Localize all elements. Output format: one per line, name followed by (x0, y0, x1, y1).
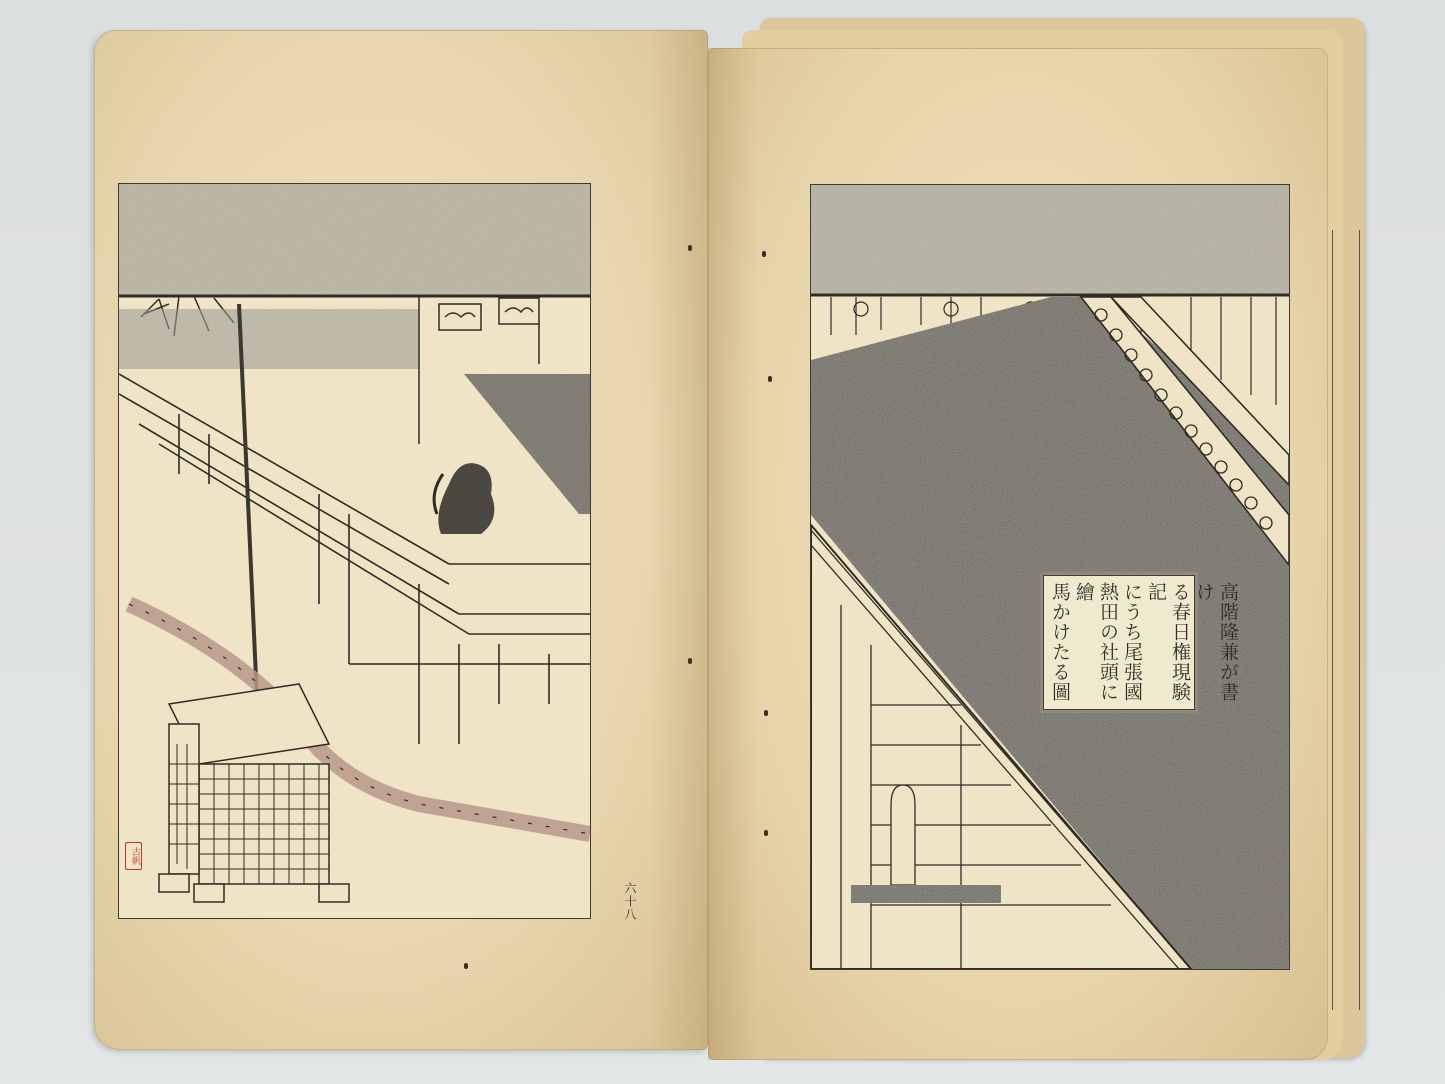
underpage-frame-lines (1332, 230, 1360, 1010)
binding-hole (464, 963, 468, 969)
open-book: 古帆 六十八 …のまうけにかし… (0, 0, 1445, 1084)
binding-hole (688, 245, 692, 251)
caption-line-3: にうち尾張國 (1120, 582, 1144, 703)
binding-hole (688, 658, 692, 664)
binding-hole (764, 830, 768, 836)
left-page: 古帆 六十八 (94, 30, 708, 1050)
left-illustration-frame (118, 183, 591, 919)
right-illustration-frame: 高階隆兼が書け る春日権現験記 にうち尾張國 熱田の社頭に繪 馬かけたる圖 (810, 184, 1290, 970)
binding-hole (764, 710, 768, 716)
page-number: 六十八 (622, 882, 639, 921)
caption-line-5: 馬かけたる圖 (1048, 582, 1072, 703)
caption-line-1: 高階隆兼が書け (1192, 582, 1240, 703)
right-page: 高階隆兼が書け る春日権現験記 にうち尾張國 熱田の社頭に繪 馬かけたる圖 (708, 48, 1328, 1060)
lattice-enclosure (159, 684, 349, 902)
kneeling-figure (434, 463, 494, 534)
binding-hole (768, 376, 772, 382)
left-illustration (119, 184, 590, 918)
artist-seal: 古帆 (125, 842, 142, 870)
caption-line-4: 熱田の社頭に繪 (1072, 582, 1120, 703)
caption-line-2: る春日権現験記 (1144, 582, 1192, 703)
binding-hole (762, 251, 766, 257)
caption-box: 高階隆兼が書け る春日権現験記 にうち尾張國 熱田の社頭に繪 馬かけたる圖 (1043, 575, 1195, 710)
